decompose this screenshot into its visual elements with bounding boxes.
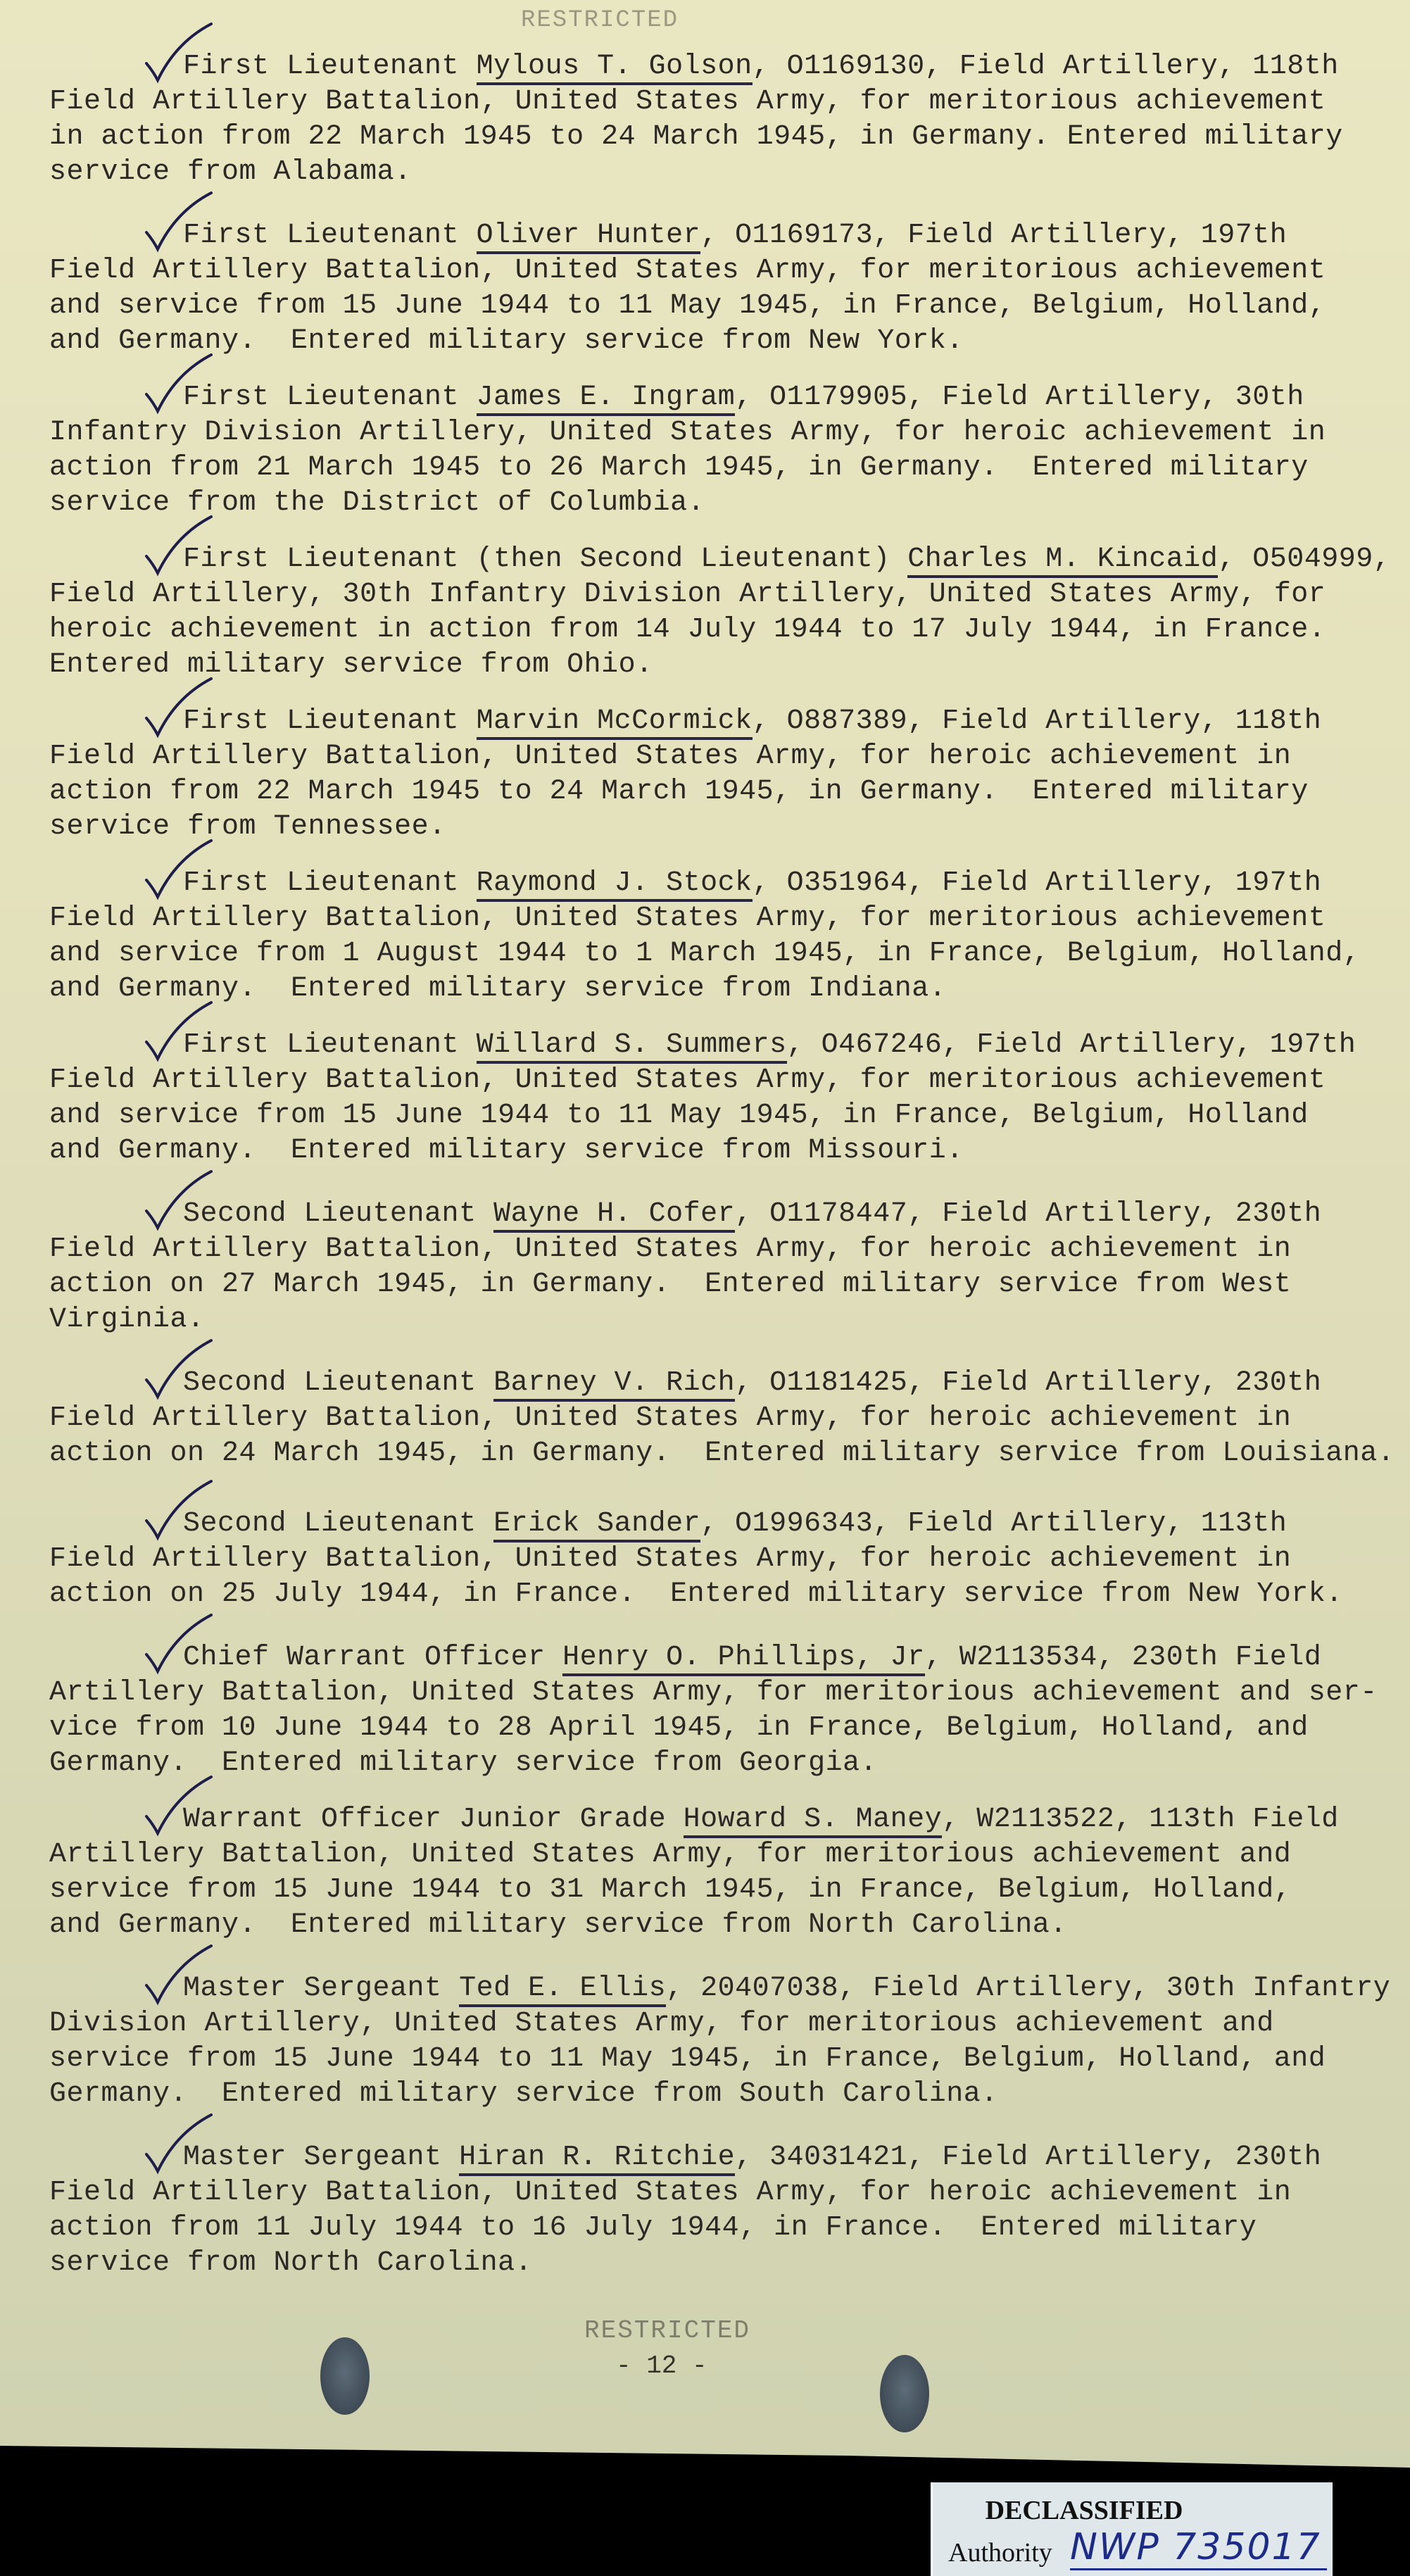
rank: First Lieutenant	[183, 220, 459, 251]
citation-entry: First Lieutenant Mylous T. Golson, O1169…	[49, 49, 1373, 190]
citation-first-line: Second Lieutenant Barney V. Rich, O11814…	[49, 1366, 1373, 1401]
stamp-authority-value: NWP 735017	[1070, 2526, 1327, 2570]
rank: Chief Warrant Officer	[183, 1642, 546, 1673]
citation-text: , O1181425, Field Artillery, 230th	[735, 1367, 1321, 1399]
citation-line: and service from 15 June 1944 to 11 May …	[49, 1098, 1373, 1133]
citation-line: Field Artillery Battalion, United States…	[49, 1401, 1373, 1436]
citation-entry: Master Sergeant Ted E. Ellis, 20407038, …	[49, 1971, 1373, 2112]
stamp-authority-label: Authority	[948, 2537, 1052, 2568]
citation-entry: First Lieutenant Marvin McCormick, O8873…	[49, 704, 1373, 845]
checkmark-icon	[141, 1943, 218, 2006]
citation-line: service from 15 June 1944 to 31 March 19…	[49, 1873, 1373, 1908]
citation-line: heroic achievement in action from 14 Jul…	[49, 612, 1373, 648]
citation-entry: First Lieutenant Willard S. Summers, O46…	[49, 1028, 1373, 1169]
citation-line: action on 27 March 1945, in Germany. Ent…	[49, 1267, 1373, 1302]
citation-line: vice from 10 June 1944 to 28 April 1945,…	[49, 1711, 1373, 1746]
recipient-name: Wayne H. Cofer	[493, 1198, 735, 1233]
citation-line: Artillery Battalion, United States Army,…	[49, 1837, 1373, 1873]
citation-text: , W2113522, 113th Field	[942, 1804, 1339, 1835]
rank: Second Lieutenant	[183, 1367, 477, 1399]
citation-line: and service from 1 August 1944 to 1 Marc…	[49, 936, 1373, 972]
recipient-name: Barney V. Rich	[493, 1367, 735, 1402]
citation-line: and service from 15 June 1944 to 11 May …	[49, 289, 1373, 324]
recipient-name: Raymond J. Stock	[477, 867, 753, 902]
citation-first-line: Master Sergeant Hiran R. Ritchie, 340314…	[49, 2140, 1373, 2175]
checkmark-icon	[141, 1774, 218, 1837]
recipient-name: Ted E. Ellis	[459, 1973, 666, 2007]
citation-first-line: Chief Warrant Officer Henry O. Phillips,…	[49, 1640, 1373, 1676]
citation-text: , O1178447, Field Artillery, 230th	[735, 1198, 1321, 1230]
rank: Master Sergeant	[183, 2142, 442, 2173]
citation-entry: Warrant Officer Junior Grade Howard S. M…	[49, 1802, 1373, 1943]
checkmark-icon	[141, 1000, 218, 1063]
recipient-name: Marvin McCormick	[477, 705, 753, 740]
citation-line: Infantry Division Artillery, United Stat…	[49, 415, 1373, 451]
checkmark-icon	[141, 352, 218, 415]
checkmark-icon	[141, 1338, 218, 1401]
checkmark-icon	[141, 190, 218, 253]
rank: First Lieutenant	[183, 51, 459, 82]
citation-line: Field Artillery Battalion, United States…	[49, 84, 1373, 120]
rank: Warrant Officer Junior Grade	[183, 1804, 666, 1835]
citation-line: service from Tennessee.	[49, 810, 1373, 845]
citation-line: service from 15 June 1944 to 11 May 1945…	[49, 2042, 1373, 2077]
recipient-name: James E. Ingram	[477, 382, 736, 416]
citation-text: , O1996343, Field Artillery, 113th	[700, 1508, 1287, 1540]
recipient-name: Hiran R. Ritchie	[459, 2142, 735, 2176]
citation-first-line: First Lieutenant James E. Ingram, O11799…	[49, 380, 1373, 415]
citation-entry: First Lieutenant Raymond J. Stock, O3519…	[49, 866, 1373, 1007]
citation-text: , O504999,	[1218, 544, 1390, 575]
citation-line: Field Artillery Battalion, United States…	[49, 901, 1373, 936]
rank: Second Lieutenant	[183, 1198, 477, 1230]
citation-line: Field Artillery, 30th Infantry Division …	[49, 577, 1373, 612]
recipient-name: Erick Sander	[493, 1508, 700, 1543]
citation-line: Virginia.	[49, 1302, 1373, 1338]
citation-first-line: First Lieutenant Oliver Hunter, O1169173…	[49, 218, 1373, 253]
punch-hole-left	[320, 2337, 370, 2415]
citation-first-line: First Lieutenant (then Second Lieutenant…	[49, 542, 1373, 577]
citation-first-line: First Lieutenant Marvin McCormick, O8873…	[49, 704, 1373, 739]
citation-line: service from North Carolina.	[49, 2246, 1373, 2281]
recipient-name: Charles M. Kincaid	[907, 544, 1218, 578]
citation-entry: First Lieutenant James E. Ingram, O11799…	[49, 380, 1373, 521]
rank: Second Lieutenant	[183, 1508, 477, 1540]
citation-first-line: Second Lieutenant Erick Sander, O1996343…	[49, 1507, 1373, 1542]
citation-line: in action from 22 March 1945 to 24 March…	[49, 120, 1373, 155]
citation-entry: Second Lieutenant Wayne H. Cofer, O11784…	[49, 1197, 1373, 1338]
citation-first-line: Second Lieutenant Wayne H. Cofer, O11784…	[49, 1197, 1373, 1232]
citation-line: and Germany. Entered military service fr…	[49, 1908, 1373, 1943]
page-number: - 12 -	[616, 2351, 707, 2380]
citation-line: Entered military service from Ohio.	[49, 648, 1373, 683]
citation-text: , 34031421, Field Artillery, 230th	[735, 2142, 1321, 2173]
citation-line: Germany. Entered military service from S…	[49, 2077, 1373, 2112]
citation-line: Germany. Entered military service from G…	[49, 1746, 1373, 1781]
checkmark-icon	[141, 1612, 218, 1676]
recipient-name: Henry O. Phillips, Jr	[562, 1642, 925, 1676]
checkmark-icon	[141, 838, 218, 901]
citation-text: , O351964, Field Artillery, 197th	[753, 867, 1322, 899]
recipient-name: Oliver Hunter	[477, 220, 701, 254]
checkmark-icon	[141, 1478, 218, 1542]
citation-line: Field Artillery Battalion, United States…	[49, 1232, 1373, 1267]
rank: First Lieutenant (then Second Lieutenant…	[183, 544, 890, 575]
citation-text: , O467246, Field Artillery, 197th	[787, 1029, 1357, 1061]
citation-line: Field Artillery Battalion, United States…	[49, 1542, 1373, 1577]
recipient-name: Willard S. Summers	[477, 1029, 787, 1064]
citation-entry: Second Lieutenant Barney V. Rich, O11814…	[49, 1366, 1373, 1471]
footer-classification-mark: RESTRICTED	[584, 2316, 750, 2345]
punch-hole-right	[880, 2355, 929, 2432]
citation-entry: Chief Warrant Officer Henry O. Phillips,…	[49, 1640, 1373, 1781]
citation-entry: Master Sergeant Hiran R. Ritchie, 340314…	[49, 2140, 1373, 2281]
declassified-stamp: DECLASSIFIED Authority NWP 735017	[931, 2482, 1333, 2576]
citation-entry: First Lieutenant (then Second Lieutenant…	[49, 542, 1373, 683]
citation-line: and Germany. Entered military service fr…	[49, 1133, 1373, 1169]
citation-line: Field Artillery Battalion, United States…	[49, 253, 1373, 289]
checkmark-icon	[141, 1169, 218, 1232]
citation-line: Artillery Battalion, United States Army,…	[49, 1676, 1373, 1711]
citation-line: action on 25 July 1944, in France. Enter…	[49, 1577, 1373, 1612]
citation-entry: First Lieutenant Oliver Hunter, O1169173…	[49, 218, 1373, 359]
citation-line: Field Artillery Battalion, United States…	[49, 1063, 1373, 1098]
citation-first-line: Master Sergeant Ted E. Ellis, 20407038, …	[49, 1971, 1373, 2006]
recipient-name: Howard S. Maney	[684, 1804, 943, 1838]
header-classification-mark: RESTRICTED	[521, 7, 679, 34]
citation-first-line: First Lieutenant Mylous T. Golson, O1169…	[49, 49, 1373, 84]
citation-text: , W2113534, 230th Field	[925, 1642, 1322, 1673]
rank: First Lieutenant	[183, 867, 459, 899]
checkmark-icon	[141, 2112, 218, 2175]
citation-text: , O1179905, Field Artillery, 30th	[735, 382, 1304, 413]
citation-line: action from 22 March 1945 to 24 March 19…	[49, 774, 1373, 810]
citation-first-line: First Lieutenant Raymond J. Stock, O3519…	[49, 866, 1373, 901]
citation-text: , 20407038, Field Artillery, 30th Infant…	[666, 1973, 1390, 2004]
citation-line: service from Alabama.	[49, 155, 1373, 190]
citation-line: Division Artillery, United States Army, …	[49, 2006, 1373, 2042]
checkmark-icon	[141, 514, 218, 577]
citation-line: service from the District of Columbia.	[49, 486, 1373, 521]
citation-line: Field Artillery Battalion, United States…	[49, 2175, 1373, 2211]
citation-first-line: First Lieutenant Willard S. Summers, O46…	[49, 1028, 1373, 1063]
citation-line: Field Artillery Battalion, United States…	[49, 739, 1373, 774]
checkmark-icon	[141, 676, 218, 739]
citation-line: and Germany. Entered military service fr…	[49, 972, 1373, 1007]
rank: First Lieutenant	[183, 382, 459, 413]
rank: First Lieutenant	[183, 705, 459, 737]
citation-text: , O1169130, Field Artillery, 118th	[753, 51, 1339, 82]
checkmark-icon	[141, 21, 218, 84]
recipient-name: Mylous T. Golson	[477, 51, 753, 85]
citation-line: and Germany. Entered military service fr…	[49, 324, 1373, 359]
citation-first-line: Warrant Officer Junior Grade Howard S. M…	[49, 1802, 1373, 1837]
citation-line: action on 24 March 1945, in Germany. Ent…	[49, 1436, 1373, 1471]
citation-text: , O1169173, Field Artillery, 197th	[700, 220, 1287, 251]
rank: Master Sergeant	[183, 1973, 442, 2004]
citation-entry: Second Lieutenant Erick Sander, O1996343…	[49, 1507, 1373, 1612]
rank: First Lieutenant	[183, 1029, 459, 1061]
citation-line: action from 21 March 1945 to 26 March 19…	[49, 451, 1373, 486]
citation-line: action from 11 July 1944 to 16 July 1944…	[49, 2211, 1373, 2246]
citation-text: , O887389, Field Artillery, 118th	[753, 705, 1322, 737]
stamp-title: DECLASSIFIED	[933, 2495, 1235, 2526]
